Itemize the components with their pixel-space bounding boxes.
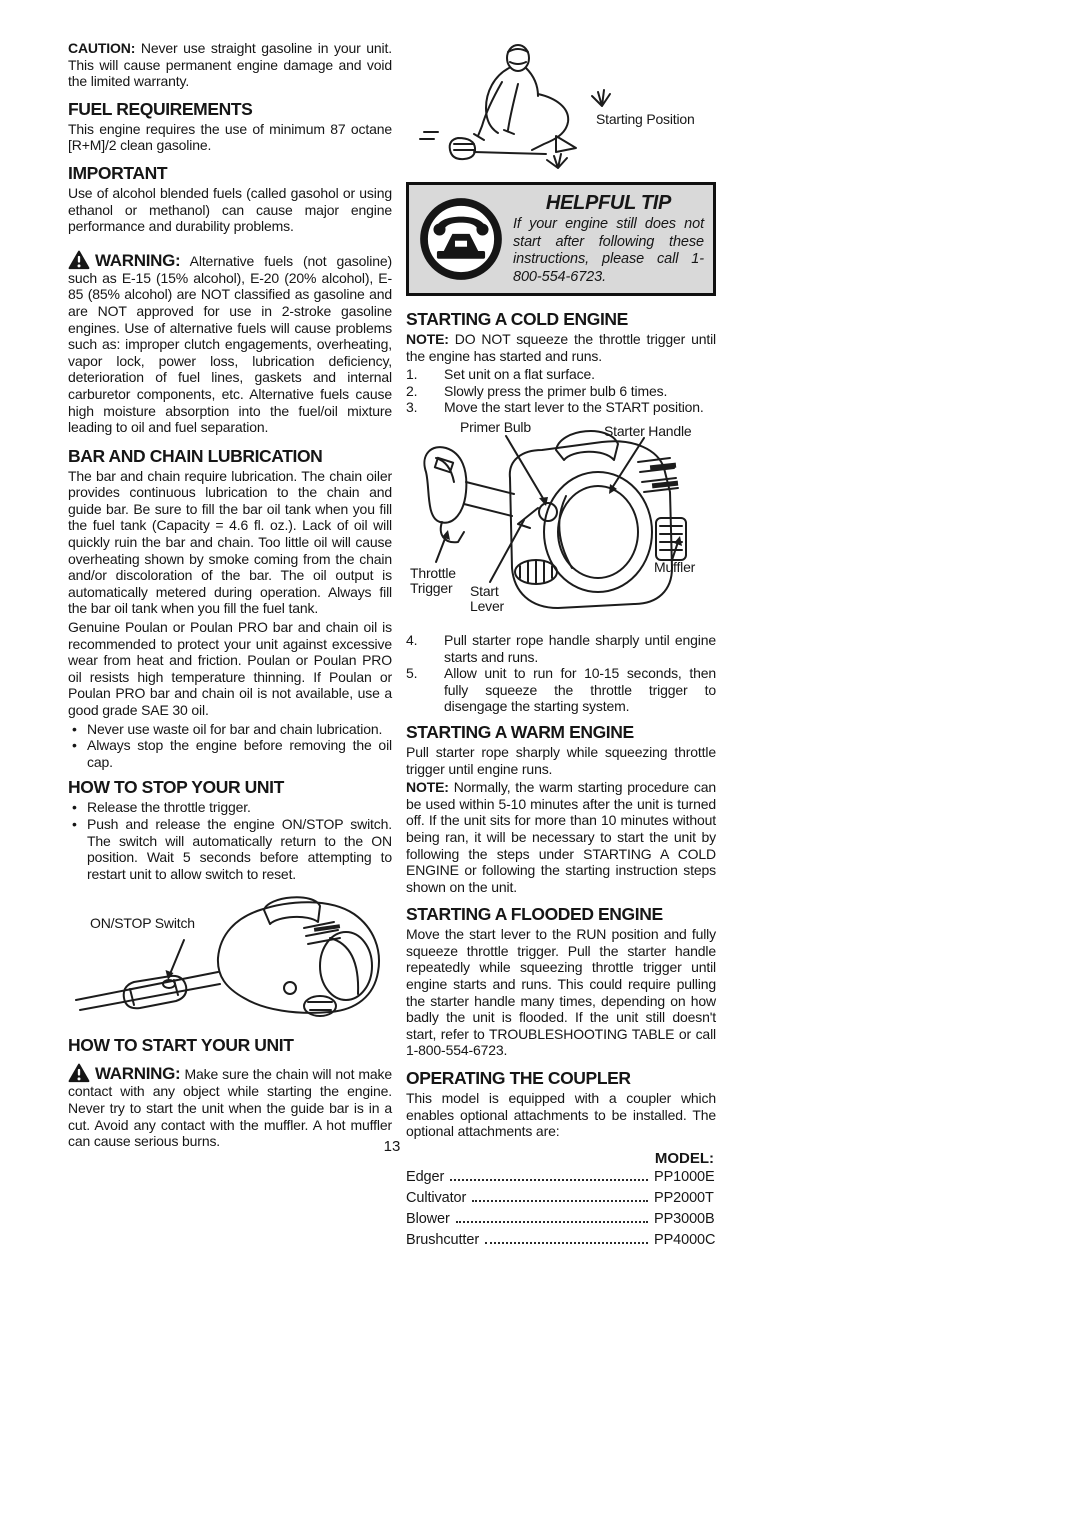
- step-number: 5.: [406, 665, 444, 715]
- caution-paragraph: CAUTION: Never use straight gasoline in …: [68, 40, 392, 90]
- starting-position-illustration: [406, 40, 716, 172]
- fuel-requirements-text: This engine requires the use of minimum …: [68, 121, 392, 154]
- warning-fuels-label: WARNING:: [95, 251, 180, 270]
- muffler-label: Muffler: [654, 560, 695, 575]
- heading-fuel-requirements: FUEL REQUIREMENTS: [68, 99, 392, 119]
- step-item: 1.Set unit on a flat surface.: [406, 366, 716, 383]
- attachment-model: PP4000C: [654, 1230, 716, 1251]
- attachment-name: Blower: [406, 1209, 450, 1230]
- heading-bar-chain-lubrication: BAR AND CHAIN LUBRICATION: [68, 446, 392, 466]
- attachment-model: PP3000B: [654, 1209, 716, 1230]
- attachment-name: Cultivator: [406, 1188, 466, 1209]
- step-number: 1.: [406, 366, 444, 383]
- note-label: NOTE:: [406, 779, 449, 795]
- warning-triangle-icon: [68, 1063, 90, 1083]
- heading-how-to-start: HOW TO START YOUR UNIT: [68, 1035, 392, 1055]
- helpful-tip-title: HELPFUL TIP: [513, 192, 704, 215]
- flooded-engine-text: Move the start lever to the RUN position…: [406, 926, 716, 1059]
- attachment-model: PP1000E: [654, 1167, 716, 1188]
- attachment-name: Edger: [406, 1167, 444, 1188]
- step-number: 3.: [406, 399, 444, 416]
- trimmer-powerhead-illustration: [68, 888, 392, 1026]
- dot-leader: [485, 1242, 648, 1244]
- warm-engine-note: NOTE: Normally, the warm starting proced…: [406, 779, 716, 895]
- warm-engine-note-text: Normally, the warm starting procedure ca…: [406, 779, 716, 895]
- cold-engine-steps-1-3: 1.Set unit on a flat surface.2.Slowly pr…: [406, 366, 716, 416]
- start-lever-label: Start Lever: [470, 584, 504, 614]
- step-number: 4.: [406, 632, 444, 665]
- attachment-row: Edger PP1000E: [406, 1167, 716, 1188]
- cold-engine-note: NOTE: DO NOT squeeze the throttle trigge…: [406, 331, 716, 364]
- on-stop-switch-figure: ON/STOP Switch: [68, 888, 392, 1026]
- helpful-tip-body: If your engine still does not start afte…: [513, 216, 704, 286]
- step-item: 3.Move the start lever to the START posi…: [406, 399, 716, 416]
- bullet-item: Release the throttle trigger.: [68, 799, 392, 816]
- heading-operating-coupler: OPERATING THE COUPLER: [406, 1068, 716, 1088]
- step-number: 2.: [406, 383, 444, 400]
- heading-warm-engine: STARTING A WARM ENGINE: [406, 722, 716, 742]
- attachment-name: Brushcutter: [406, 1230, 479, 1251]
- primer-bulb-label: Primer Bulb: [460, 420, 531, 435]
- bullet-item: Push and release the engine ON/STOP swit…: [68, 816, 392, 882]
- starting-position-figure: Starting Position: [406, 40, 716, 172]
- warning-start-label: WARNING:: [95, 1064, 180, 1083]
- attachment-model: PP2000T: [654, 1188, 716, 1209]
- note-label: NOTE:: [406, 331, 449, 347]
- attachment-row: Brushcutter PP4000C: [406, 1230, 716, 1251]
- page-number: 13: [68, 1138, 716, 1155]
- telephone-icon: [418, 196, 504, 282]
- step-item: 5.Allow unit to run for 10-15 seconds, t…: [406, 665, 716, 715]
- bar-chain-bullet-list: Never use waste oil for bar and chain lu…: [68, 721, 392, 771]
- dot-leader: [456, 1221, 648, 1223]
- important-text: Use of alcohol blended fuels (called gas…: [68, 185, 392, 235]
- stop-unit-bullet-list: Release the throttle trigger.Push and re…: [68, 799, 392, 882]
- starting-position-label: Starting Position: [596, 112, 695, 127]
- warning-triangle-icon: [68, 250, 90, 270]
- bullet-item: Never use waste oil for bar and chain lu…: [68, 721, 392, 738]
- bar-chain-text-2: Genuine Poulan or Poulan PRO bar and cha…: [68, 619, 392, 719]
- step-item: 2.Slowly press the primer bulb 6 times.: [406, 383, 716, 400]
- dot-leader: [450, 1179, 648, 1181]
- left-column: CAUTION: Never use straight gasoline in …: [68, 40, 392, 1251]
- step-text: Set unit on a flat surface.: [444, 366, 716, 383]
- step-text: Pull starter rope handle sharply until e…: [444, 632, 716, 665]
- engine-illustration: [406, 420, 716, 630]
- attachment-row: Blower PP3000B: [406, 1209, 716, 1230]
- step-item: 4.Pull starter rope handle sharply until…: [406, 632, 716, 665]
- helpful-tip-text: HELPFUL TIP If your engine still does no…: [513, 192, 704, 286]
- warning-fuels-text: Alternative fuels (not gasoline) such as…: [68, 253, 392, 435]
- heading-flooded-engine: STARTING A FLOODED ENGINE: [406, 904, 716, 924]
- dot-leader: [472, 1200, 648, 1202]
- throttle-trigger-label: Throttle Trigger: [410, 566, 456, 596]
- step-text: Slowly press the primer bulb 6 times.: [444, 383, 716, 400]
- step-text: Allow unit to run for 10-15 seconds, the…: [444, 665, 716, 715]
- heading-cold-engine: STARTING A COLD ENGINE: [406, 309, 716, 329]
- cold-engine-note-text: DO NOT squeeze the throttle trigger unti…: [406, 331, 716, 364]
- on-stop-switch-label: ON/STOP Switch: [90, 916, 195, 931]
- coupler-text: This model is equipped with a coupler wh…: [406, 1090, 716, 1140]
- caution-label: CAUTION:: [68, 40, 135, 56]
- heading-important: IMPORTANT: [68, 163, 392, 183]
- manual-page: CAUTION: Never use straight gasoline in …: [68, 40, 716, 1251]
- step-text: Move the start lever to the START positi…: [444, 399, 716, 416]
- bullet-item: Always stop the engine before removing t…: [68, 737, 392, 770]
- cold-engine-steps-4-5: 4.Pull starter rope handle sharply until…: [406, 632, 716, 715]
- heading-how-to-stop: HOW TO STOP YOUR UNIT: [68, 777, 392, 797]
- bar-chain-text-1: The bar and chain require lubrication. T…: [68, 468, 392, 617]
- starter-handle-label: Starter Handle: [604, 424, 691, 439]
- attachment-row: Cultivator PP2000T: [406, 1188, 716, 1209]
- engine-callout-figure: Primer Bulb Starter Handle Throttle Trig…: [406, 420, 716, 630]
- attachment-model-table: Edger PP1000E Cultivator PP2000T Blower …: [406, 1167, 716, 1251]
- warning-start-paragraph: WARNING: Make sure the chain will not ma…: [68, 1063, 392, 1149]
- warning-fuels-paragraph: WARNING: Alternative fuels (not gasoline…: [68, 250, 392, 436]
- helpful-tip-box: HELPFUL TIP If your engine still does no…: [406, 182, 716, 296]
- warm-engine-text: Pull starter rope sharply while squeezin…: [406, 744, 716, 777]
- right-column: Starting Position HELPFUL TIP If your en…: [406, 40, 716, 1251]
